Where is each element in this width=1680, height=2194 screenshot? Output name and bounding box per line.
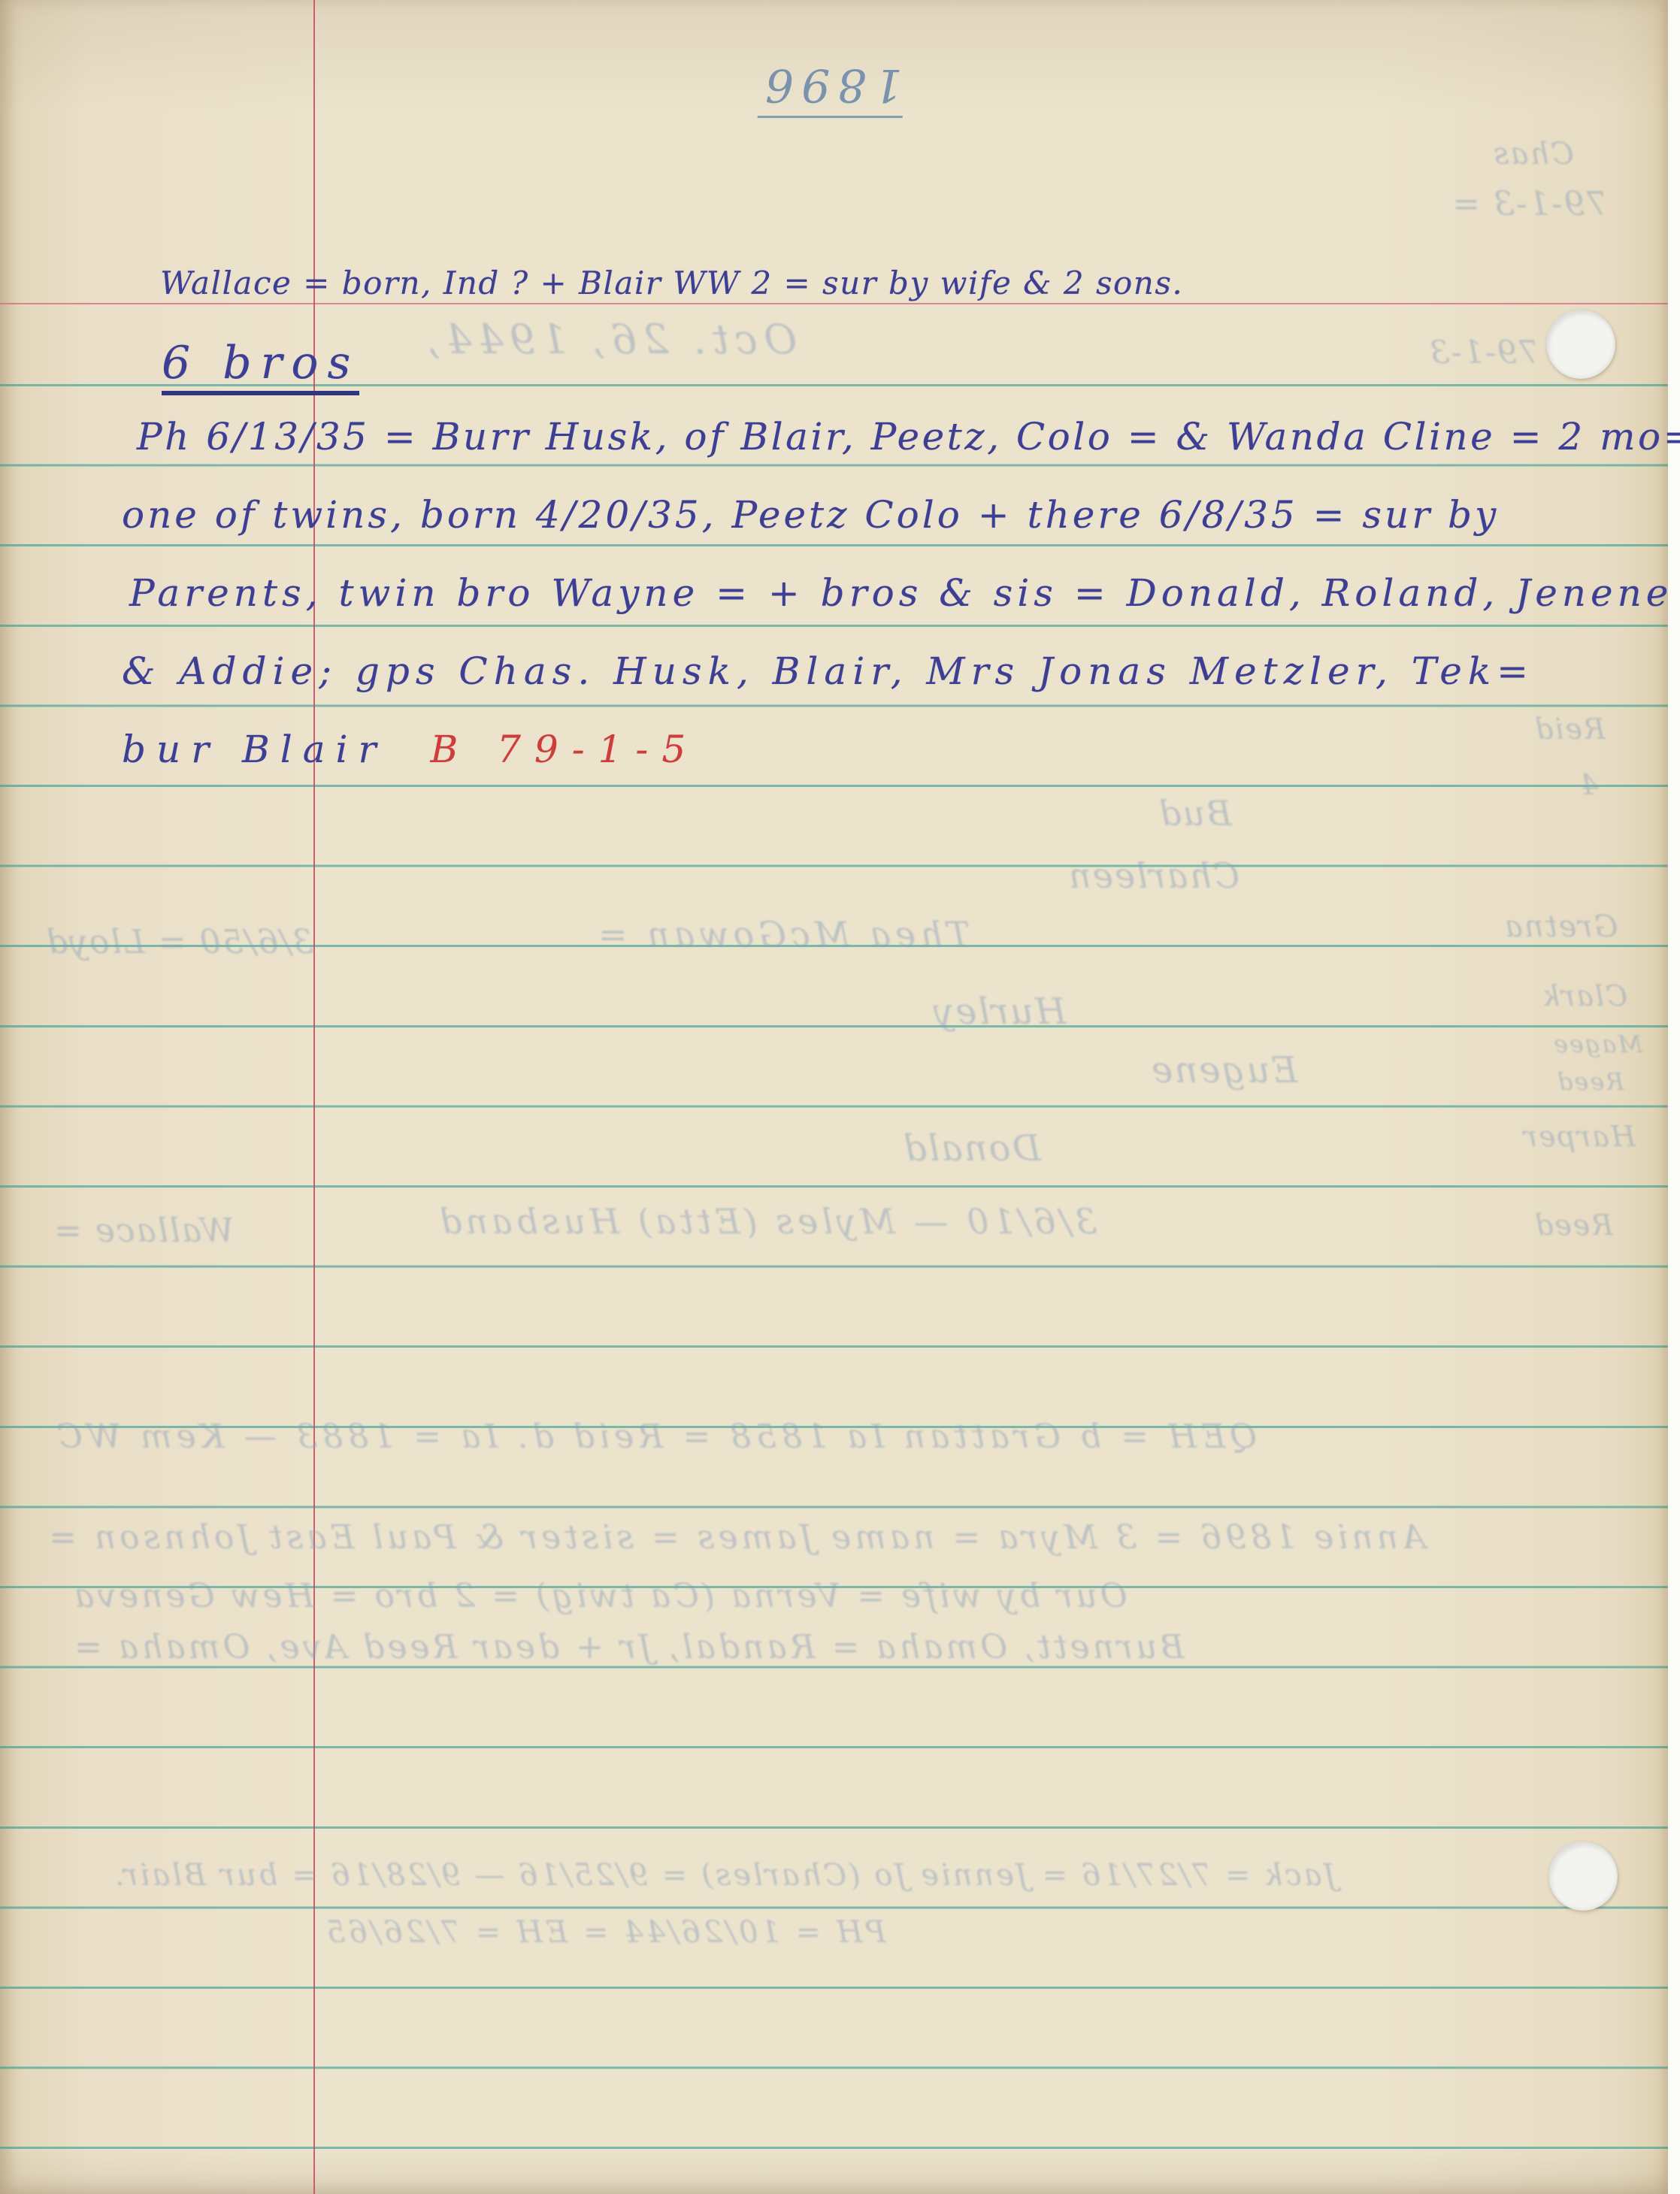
entry-text: Wallace = born, Ind ? + Blair WW 2 = sur… [160, 265, 1183, 301]
entry-line: & Addie; gps Chas. Husk, Blair, Mrs Jona… [122, 649, 1534, 693]
bleed-through-text: Bud [1158, 793, 1232, 834]
bleed-through-text: 79-1-3 = [1451, 185, 1608, 223]
entry-text: bur Blair [122, 728, 386, 771]
bleed-through-text: Our by wife = Verna (Ca twig) = 2 bro = … [71, 1577, 1128, 1615]
bleed-through-text: Jack = 7/27/16 = Jennie Jo (Charles) = 9… [113, 1858, 1336, 1893]
bleed-through-text: 3/6/10 — Myles (Etta) Husband [436, 1201, 1097, 1242]
bleed-through-text: Burnett, Omaha = Randal, Jr + dear Reed … [71, 1628, 1185, 1666]
header-rule [0, 303, 1668, 304]
bleed-through-text: Charleen [1067, 855, 1240, 896]
year-heading: 1896 [758, 59, 903, 118]
entry-line: 6 bros [162, 337, 359, 389]
bleed-through-text: Chas [1492, 137, 1574, 171]
bleed-through-text: Eugene [1150, 1049, 1297, 1091]
entry-line: bur BlairB 79-1-5 [122, 728, 699, 771]
bleed-through-text: Clark [1541, 979, 1627, 1012]
bleed-through-text: 79-1-3 [1428, 334, 1539, 371]
bleed-through-text: Reed [1533, 1209, 1613, 1242]
bleed-through-text: PH = 10/26/44 = EH = 7/26/65 [323, 1915, 886, 1950]
bleed-through-text: Hurley [932, 991, 1067, 1033]
entry-line: Parents, twin bro Wayne = + bros & sis =… [129, 571, 1672, 615]
archive-code: B 79-1-5 [430, 728, 699, 771]
hole-punch-top [1546, 310, 1615, 379]
bleed-through-text: Reid [1533, 713, 1606, 746]
notebook-page: 1896 Wallace = born, Ind ? + Blair WW 2 … [0, 0, 1680, 2194]
entry-line: Wallace = born, Ind ? + Blair WW 2 = sur… [160, 265, 1183, 301]
entry-text: 6 bros [162, 337, 359, 395]
bleed-through-text: Gretna [1503, 909, 1618, 944]
hole-punch-bottom [1548, 1841, 1618, 1911]
bleed-through-text: Thea McGowan = [594, 914, 970, 955]
entry-line: Ph 6/13/35 = Burr Husk, of Blair, Peetz,… [137, 415, 1680, 458]
bleed-through-text: 3/6/50 = Lloyd [45, 923, 313, 961]
bleed-through-text: Wallace = [53, 1212, 235, 1250]
bleed-through-text: Donald [902, 1127, 1041, 1170]
bleed-through-text: Magee [1552, 1030, 1642, 1058]
entry-text: Parents, twin bro Wayne = + bros & sis =… [129, 571, 1672, 615]
bleed-through-text: Harper [1522, 1120, 1636, 1153]
bleed-through-text: Oct. 26, 1944, [421, 316, 797, 363]
bleed-through-text: Reed [1556, 1067, 1624, 1096]
entry-line: one of twins, born 4/20/35, Peetz Colo +… [122, 493, 1499, 537]
entry-text: one of twins, born 4/20/35, Peetz Colo +… [122, 493, 1499, 537]
bleed-through-text: QEH = b Grattan Ia 1858 = Reid d. Ia = 1… [53, 1418, 1258, 1456]
bleed-through-text: 4 [1579, 768, 1598, 801]
entry-text: Ph 6/13/35 = Burr Husk, of Blair, Peetz,… [137, 415, 1680, 458]
scan-edge [1668, 0, 1680, 2194]
bleed-through-text: Annie 1896 = 3 Myra = name James = siste… [45, 1518, 1426, 1557]
entry-text: & Addie; gps Chas. Husk, Blair, Mrs Jona… [122, 649, 1534, 693]
